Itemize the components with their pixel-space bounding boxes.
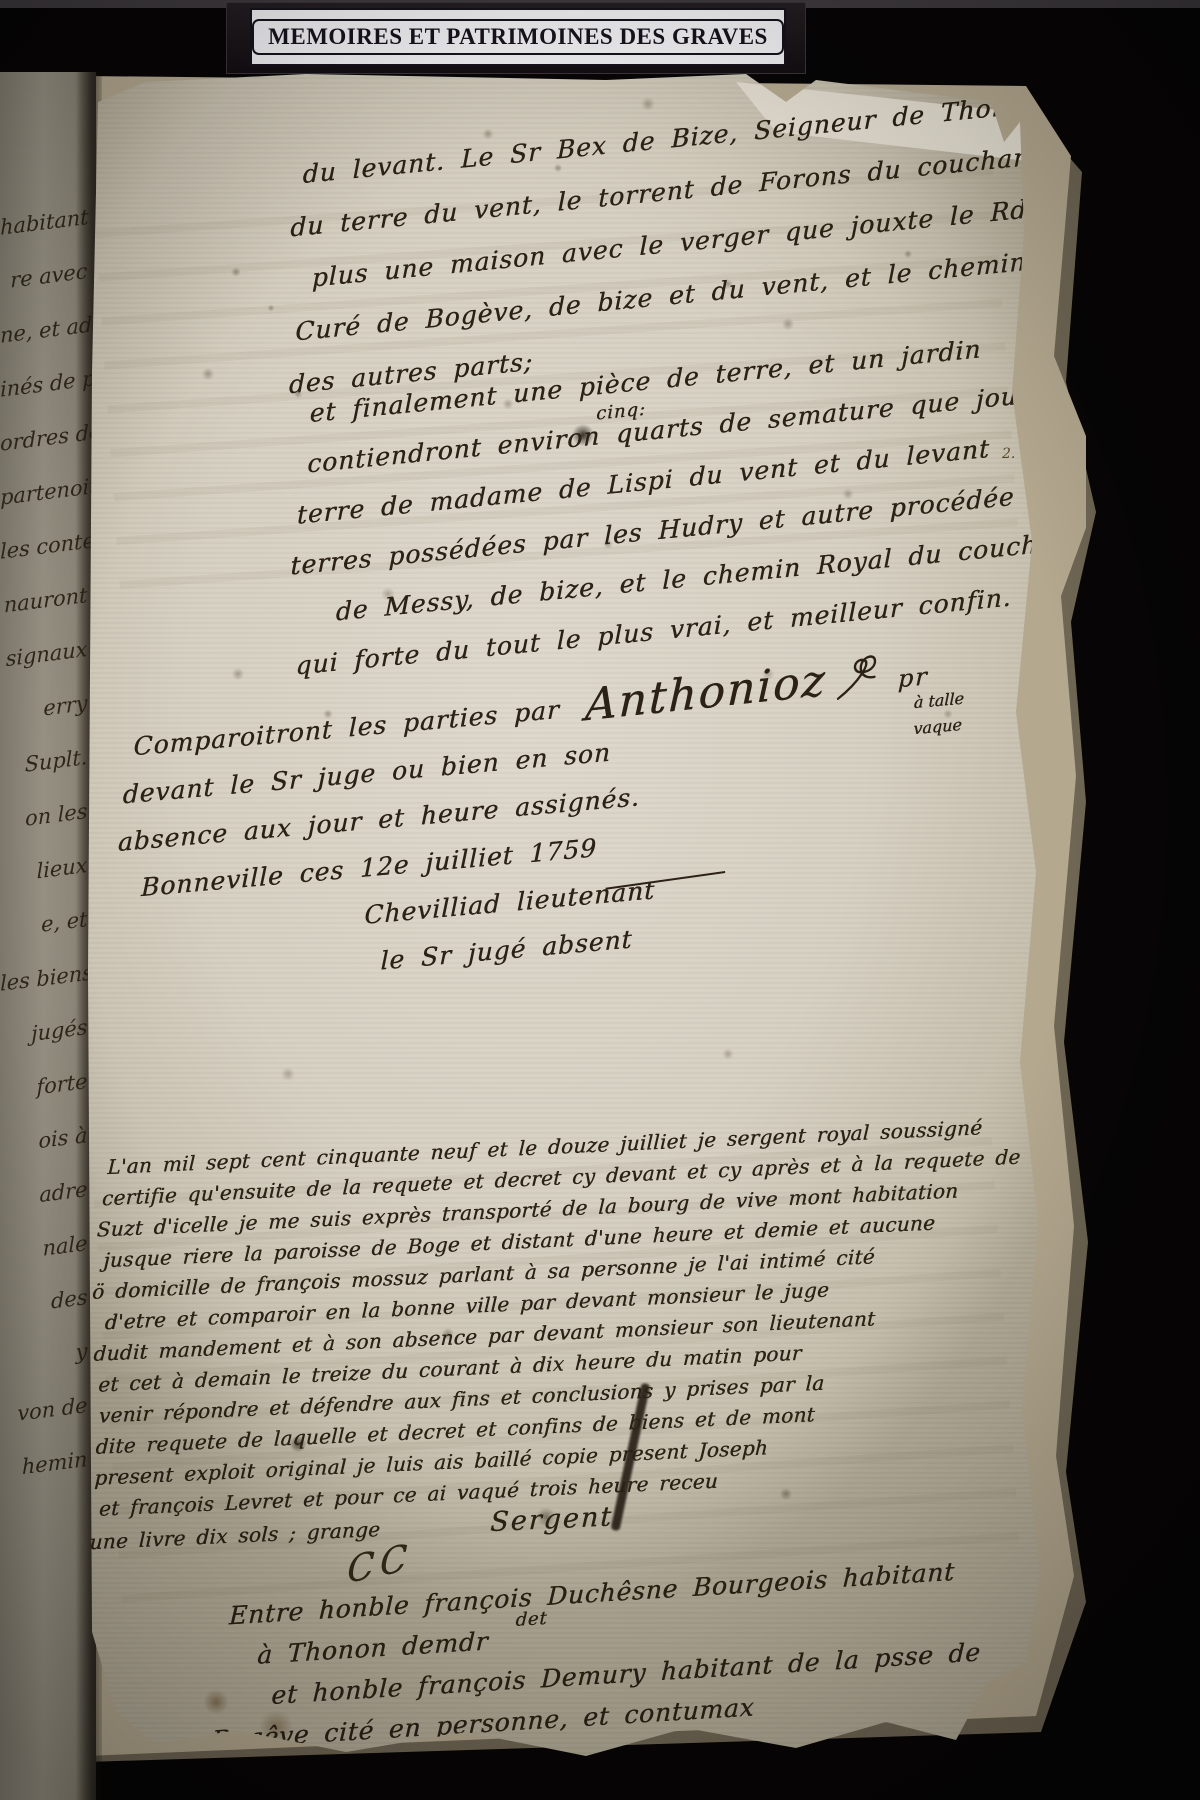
sergent-signature: Sergent: [490, 1501, 614, 1538]
handwritten-block-comparution: Comparoitront les parties par devant le …: [119, 677, 659, 1007]
signature-flourish-icon: [827, 649, 885, 711]
margin-mark: 2.: [1002, 446, 1015, 462]
interlinear-insert: det: [515, 1598, 549, 1641]
plaque-title: MEMOIRES ET PATRIMOINES DES GRAVES: [252, 19, 784, 55]
signature-margin-note: à talle vaque: [913, 686, 964, 743]
archive-plaque: MEMOIRES ET PATRIMOINES DES GRAVES: [250, 8, 786, 66]
handwritten-line: vaque: [913, 712, 964, 743]
interlinear-insert: cinq:: [596, 385, 646, 440]
handwritten-block-exploit: L'an mil sept cent cinquante neuf et le …: [91, 1110, 1022, 1558]
archive-photo: habitantre avecne, et adinés de plordres…: [0, 0, 1200, 1800]
manuscript-page: du levant. Le Sr Bex de Bize, Seigneur d…: [86, 72, 1046, 1766]
